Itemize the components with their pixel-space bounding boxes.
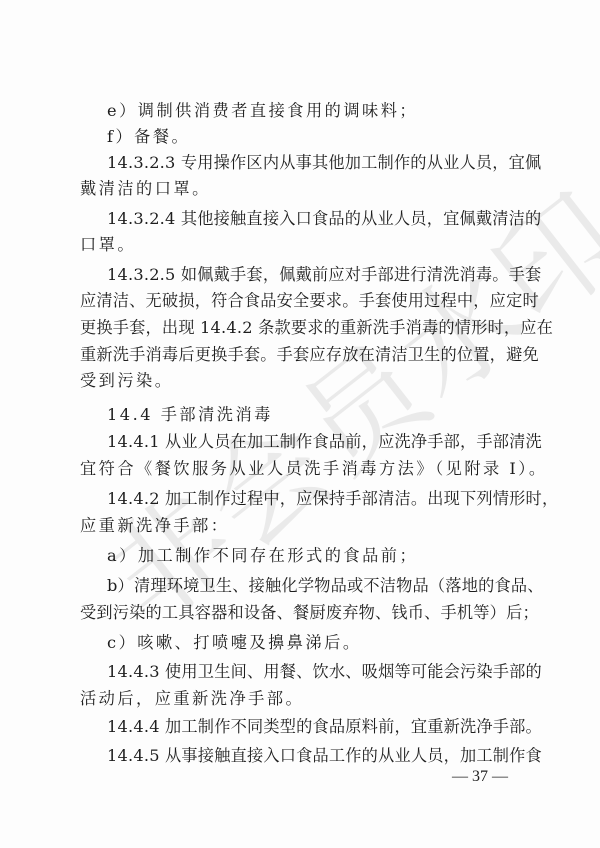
text-line: 受到污染。	[80, 369, 520, 393]
text-line-list-item-a: a）加工制作不同存在形式的食品前；	[107, 544, 520, 568]
text-line-clause-14-4-2: 14.4.2 加工制作过程中，应保持手部清洁。出现下列情形时，	[107, 487, 520, 511]
text-line: 宜符合《餐饮服务从业人员洗手消毒方法》（见附录 I）。	[80, 457, 520, 481]
text-line-clause-14-4-1: 14.4.1 从业人员在加工制作食品前，应洗净手部，手部清洗	[107, 430, 520, 454]
text-line-list-item-e: e）调制供消费者直接食用的调味料；	[107, 99, 520, 123]
text-line: 戴清洁的口罩。	[80, 177, 520, 201]
text-line-clause-14-3-2-5: 14.3.2.5 如佩戴手套，佩戴前应对手部进行清洗消毒。手套	[107, 263, 520, 287]
text-line: 应清洁、无破损，符合食品安全要求。手套使用过程中，应定时	[80, 289, 520, 313]
text-line-list-item-b: b）清理环境卫生、接触化学物品或不洁物品（落地的食品、	[107, 574, 520, 598]
text-line-clause-14-4-4: 14.4.4 加工制作不同类型的食品原料前，宜重新洗净手部。	[107, 715, 520, 739]
text-line: 活动后，应重新洗净手部。	[80, 687, 520, 711]
text-line-list-item-f: f）备餐。	[107, 125, 520, 149]
text-line: 口罩。	[80, 233, 520, 257]
page-number: — 37 —	[452, 765, 508, 789]
text-line: 更换手套，出现 14.4.2 条款要求的重新洗手消毒的情形时，应在	[80, 316, 520, 340]
text-line-clause-14-3-2-4: 14.3.2.4 其他接触直接入口食品的从业人员，宜佩戴清洁的	[107, 207, 520, 231]
text-line-clause-14-4-3: 14.4.3 使用卫生间、用餐、饮水、吸烟等可能会污染手部的	[107, 660, 520, 684]
document-page: 非会员水印 e）调制供消费者直接食用的调味料； f）备餐。 14.3.2.3 专…	[0, 0, 600, 848]
text-line-clause-14-3-2-3: 14.3.2.3 专用操作区内从事其他加工制作的从业人员，宜佩	[107, 151, 520, 175]
text-line: 应重新洗净手部：	[80, 514, 520, 538]
text-line: 重新洗手消毒后更换手套。手套应存放在清洁卫生的位置，避免	[80, 343, 520, 367]
text-line: 受到污染的工具容器和设备、餐厨废弃物、钱币、手机等）后；	[80, 601, 520, 625]
section-heading-14-4: 14.4 手部清洗消毒	[107, 403, 520, 427]
text-line-list-item-c: c）咳嗽、打喷嚏及擤鼻涕后。	[107, 631, 520, 655]
